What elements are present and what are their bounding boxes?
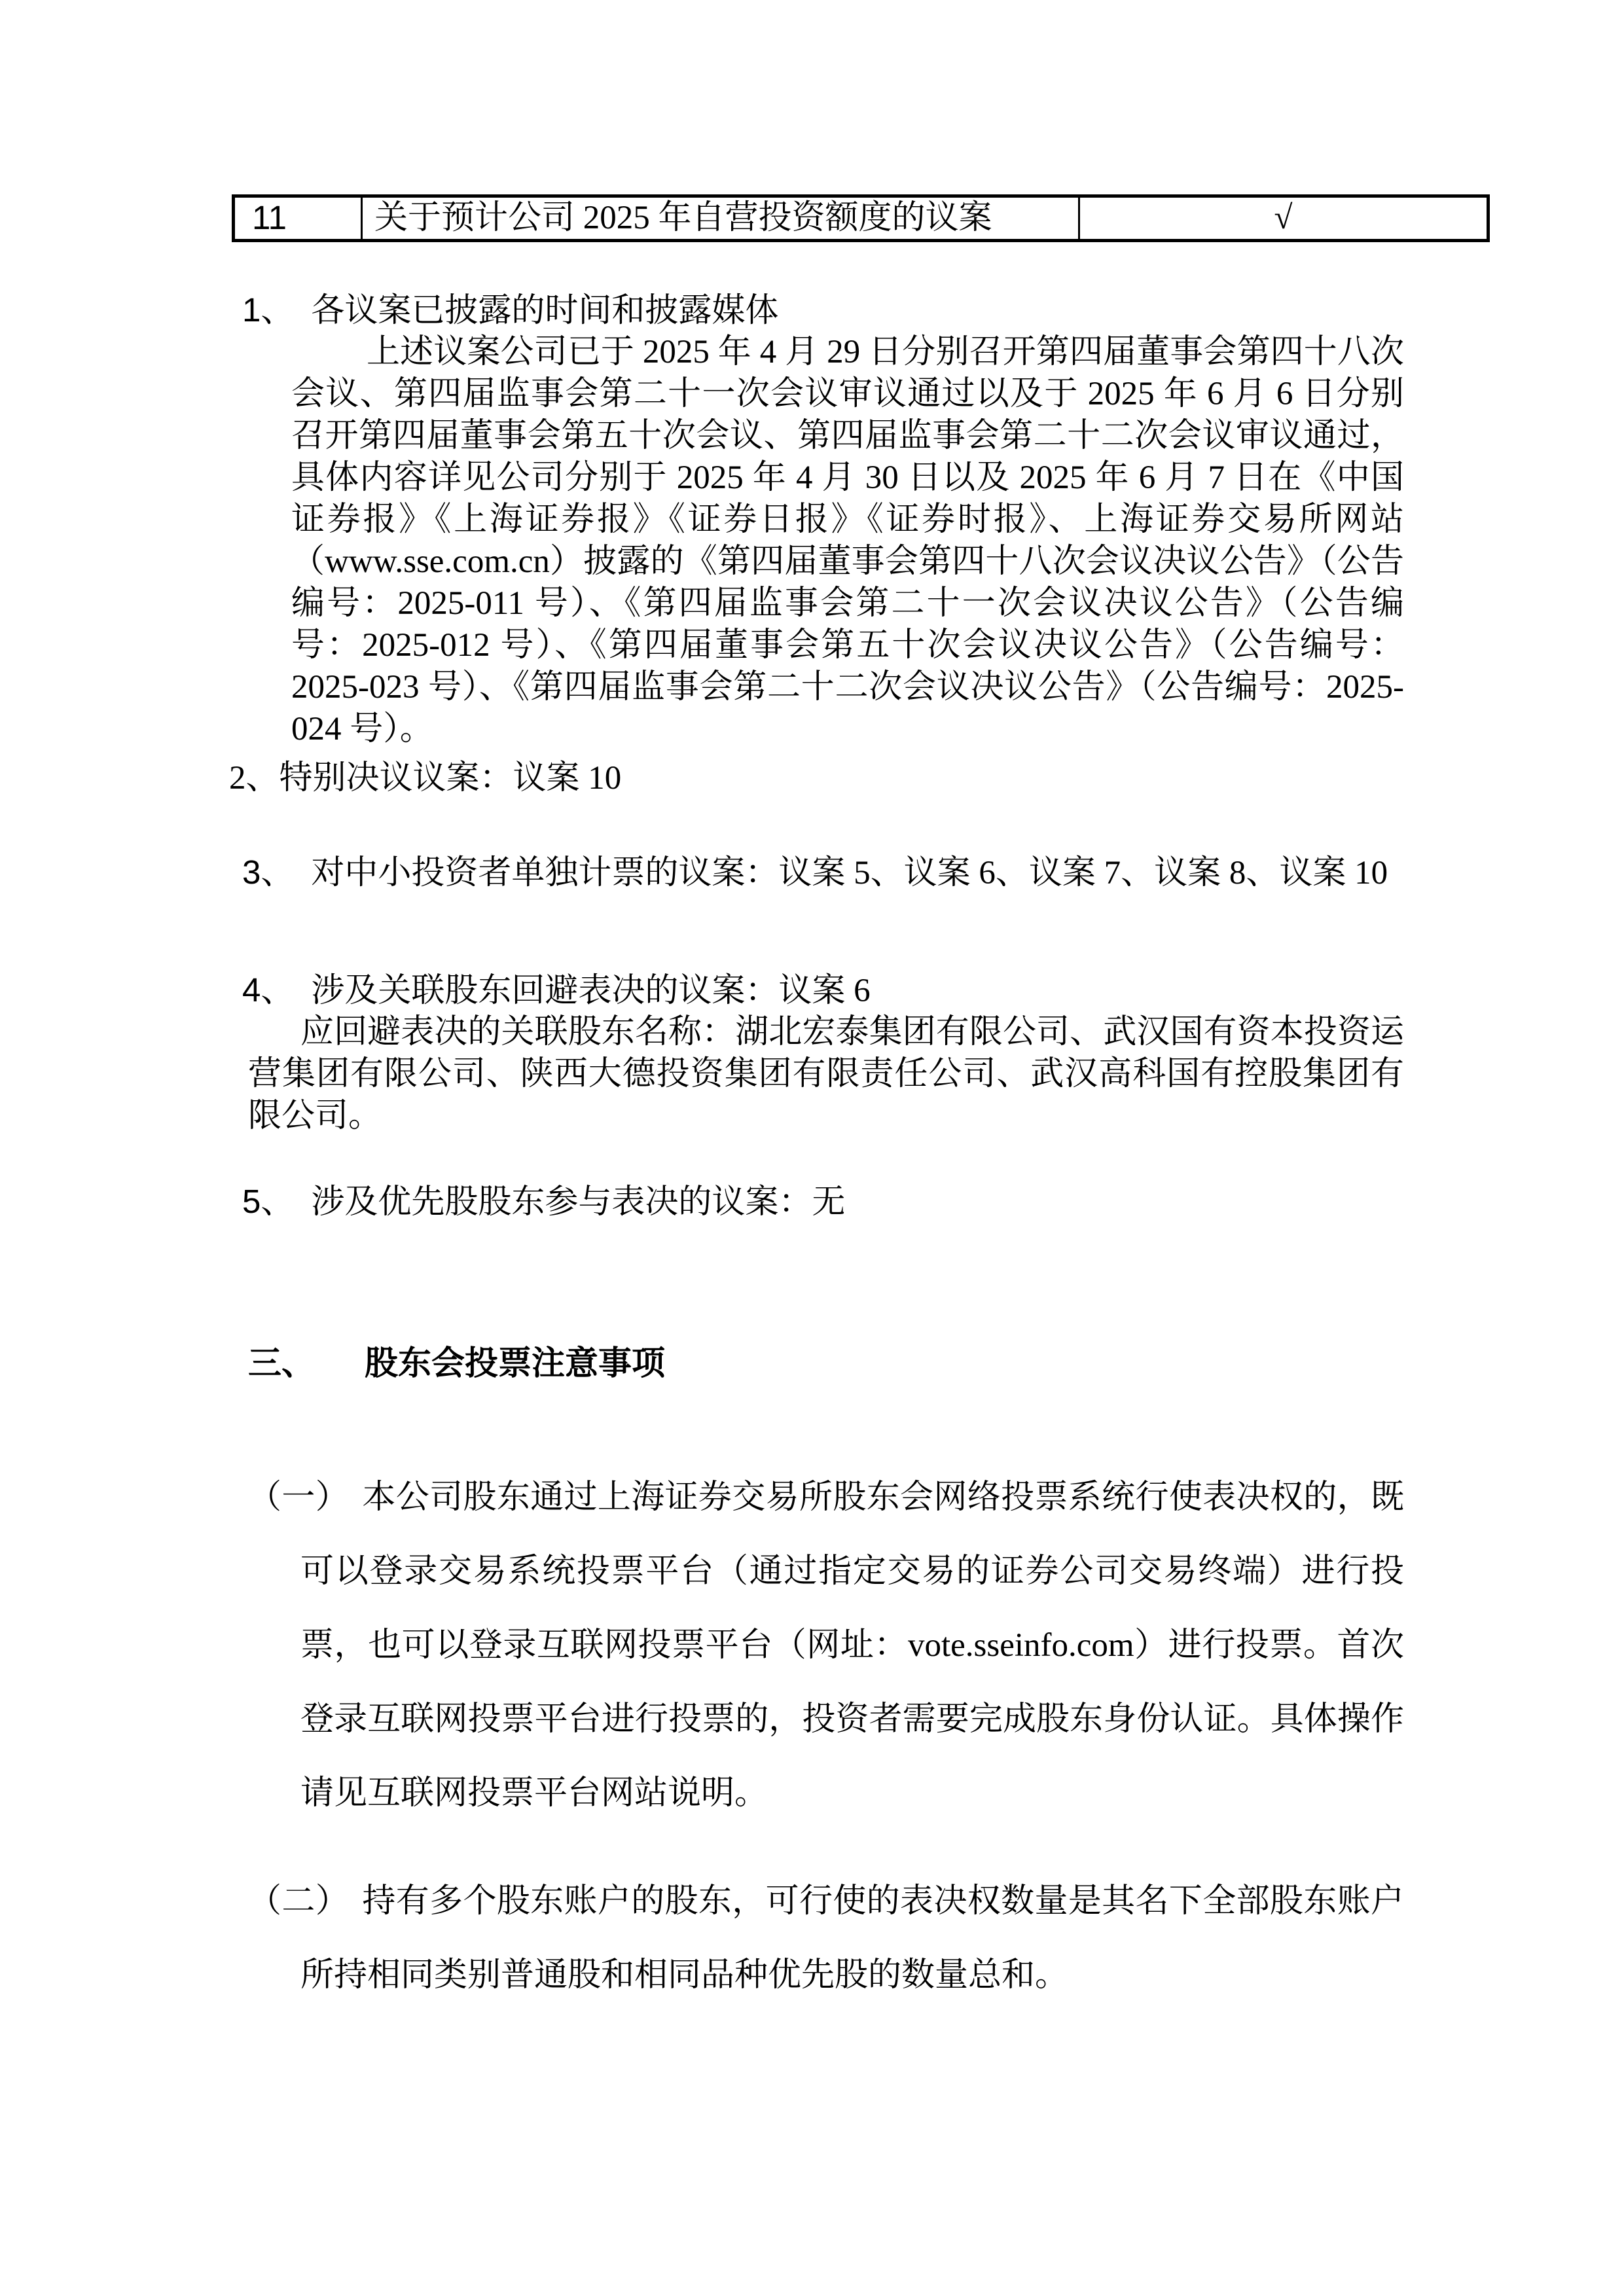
item-5-text: 涉及优先股股东参与表决的议案：无 (311, 1184, 845, 1221)
item-3-text: 对中小投资者单独计票的议案：议案 5、议案 6、议案 7、议案 8、议案 10 (311, 855, 1388, 891)
check-mark: √ (1274, 200, 1293, 236)
item-4-number: 4、 (242, 971, 294, 1009)
voting-note-2: （二）持有多个股东账户的股东，可行使的表决权数量是其名下全部股东账户所持相同类别… (300, 1865, 1404, 2013)
proposal-title-cell: 关于预计公司 2025 年自营投资额度的议案 (361, 198, 1078, 239)
section-3-heading: 三、股东会投票注意事项 (248, 1342, 665, 1384)
voting-note-2-label: （二） (248, 1883, 349, 1920)
item-5: 5、涉及优先股股东参与表决的议案：无 (242, 1181, 845, 1223)
section-3-title: 股东会投票注意事项 (365, 1344, 665, 1382)
document-page: 11 关于预计公司 2025 年自营投资额度的议案 √ 1、各议案已披露的时间和… (0, 0, 1624, 2296)
disclosure-paragraph: 上述议案公司已于 2025 年 4 月 29 日分别召开第四届董事会第四十八次会… (291, 331, 1404, 750)
section-3-number: 三、 (248, 1344, 315, 1382)
proposal-table-row: 11 关于预计公司 2025 年自营投资额度的议案 √ (232, 194, 1490, 242)
item-3: 3、对中小投资者单独计票的议案：议案 5、议案 6、议案 7、议案 8、议案 1… (242, 852, 1388, 894)
item-4: 4、涉及关联股东回避表决的议案：议案 6 (242, 969, 871, 1012)
item-1-number: 1、 (242, 291, 294, 329)
voting-note-2-text: 持有多个股东账户的股东，可行使的表决权数量是其名下全部股东账户所持相同类别普通股… (300, 1883, 1404, 1994)
voting-note-1-label: （一） (248, 1479, 349, 1516)
item-2-number: 2、 (229, 760, 280, 797)
item-5-number: 5、 (242, 1183, 294, 1220)
item-3-number: 3、 (242, 853, 294, 891)
voting-note-1-text: 本公司股东通过上海证券交易所股东会网络投票系统行使表决权的，既可以登录交易系统投… (300, 1479, 1404, 1812)
voting-note-1: （一）本公司股东通过上海证券交易所股东会网络投票系统行使表决权的，既可以登录交易… (300, 1461, 1404, 1831)
item-4-text: 涉及关联股东回避表决的议案：议案 6 (311, 973, 870, 1009)
related-shareholders-paragraph: 应回避表决的关联股东名称：湖北宏泰集团有限公司、武汉国有资本投资运营集团有限公司… (248, 1011, 1404, 1137)
proposal-number-cell: 11 (235, 198, 361, 239)
item-1-title: 各议案已披露的时间和披露媒体 (311, 293, 778, 329)
item-2: 2、特别决议议案：议案 10 (229, 757, 621, 799)
proposal-vote-cell: √ (1078, 198, 1487, 239)
item-1: 1、各议案已披露的时间和披露媒体 (242, 289, 778, 332)
item-2-text: 特别决议议案：议案 10 (280, 760, 622, 797)
